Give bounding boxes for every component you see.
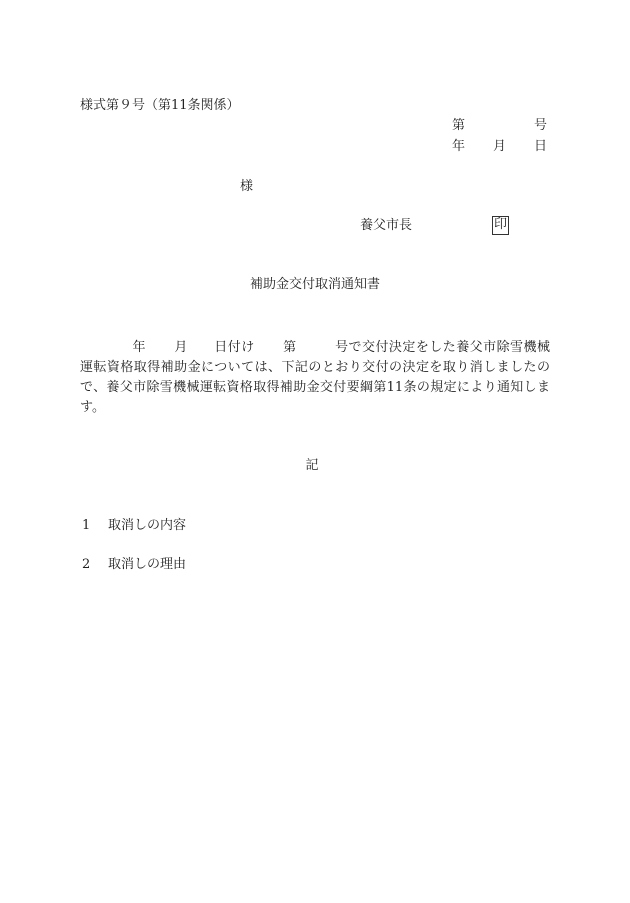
doc-number-suffix: 号: [534, 118, 547, 134]
item-label: 取消しの理由: [108, 557, 186, 572]
date-month: 月: [493, 139, 506, 155]
item-number: 2: [80, 557, 108, 573]
addressee: 様: [240, 179, 253, 195]
seal-mark: 印: [492, 216, 509, 235]
body-text: 号で交付決定をした養父市除雪機械運転資格取得補助金については、下記のとおり交付の…: [80, 340, 550, 415]
sender-name: 養父市長: [360, 218, 412, 234]
body-year: 年: [132, 340, 146, 355]
body-month: 月: [174, 340, 188, 355]
ki-heading: 記: [0, 458, 624, 474]
body-paragraph: 年月日付け第号で交付決定をした養父市除雪機械運転資格取得補助金については、下記の…: [80, 338, 550, 418]
date-day: 日: [534, 139, 547, 155]
list-item: 2取消しの理由: [80, 557, 186, 573]
doc-number-prefix: 第: [452, 118, 465, 134]
form-number: 様式第９号（第11条関係）: [80, 98, 240, 114]
item-label: 取消しの内容: [108, 518, 186, 533]
document-title: 補助金交付取消通知書: [0, 277, 630, 293]
item-number: 1: [80, 518, 108, 534]
body-no-prefix: 第: [283, 340, 297, 355]
list-item: 1取消しの内容: [80, 518, 186, 534]
body-day: 日付け: [214, 340, 255, 355]
date-year: 年: [452, 139, 465, 155]
